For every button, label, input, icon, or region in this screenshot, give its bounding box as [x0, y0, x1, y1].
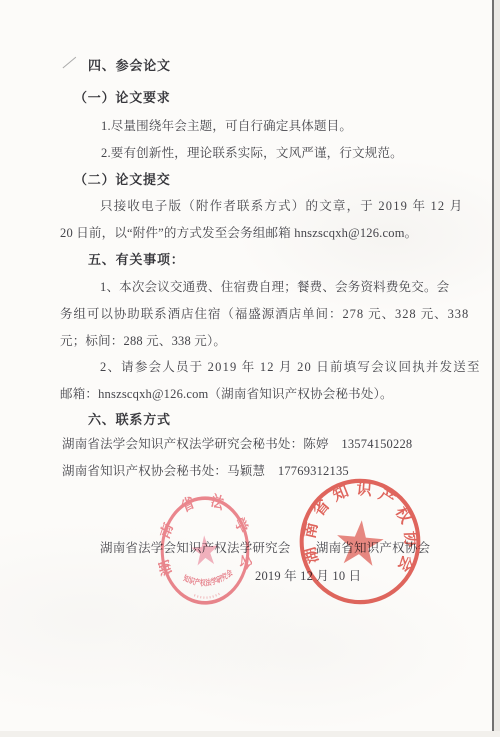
seal-right-arc-text: 湖南省知识产权协会: [297, 476, 423, 576]
seal-left-arc-text: 湖南省法学会: [158, 493, 252, 580]
contact-line-1: 湖南省法学会知识产权法学研究会秘书处：陈婷 13574150228: [62, 437, 412, 452]
scan-artifact-pen-mark: [63, 57, 77, 69]
signature-orgs: 湖南省法学会知识产权法学研究会 湖南省知识产权协会: [100, 541, 430, 556]
matters-line-4: 2、请参会人员于 2019 年 12 月 20 日前填写会议回执并发送至: [100, 360, 481, 375]
svg-text:知识产权法学研究会: 知识产权法学研究会: [182, 567, 235, 590]
paper-requirement-1: 1.尽量围绕年会主题，可自行确定具体题目。: [101, 119, 352, 134]
svg-text:湖南省法学会: 湖南省法学会: [158, 493, 252, 580]
section5-heading: 五、有关事项：: [88, 252, 185, 267]
submission-line-1: 只接收电子版（附作者联系方式）的文章，于 2019 年 12 月: [100, 199, 463, 214]
scan-artifact-edge-line: [492, 0, 494, 737]
scanned-document-page: 四、参会论文 （一）论文要求 1.尽量围绕年会主题，可自行确定具体题目。 2.要…: [0, 0, 500, 737]
contact-line-2: 湖南省知识产权协会秘书处：马颖慧 17769312135: [62, 464, 349, 479]
svg-text:湖南省知识产权协会: 湖南省知识产权协会: [297, 476, 423, 576]
scan-artifact-edge-soft: [494, 0, 500, 737]
section4-2-heading: （二）论文提交: [74, 172, 171, 187]
matters-line-1: 1、本次会议交通费、住宿费自理；餐费、会务资料费免交。会: [100, 280, 449, 295]
section4-heading: 四、参会论文: [88, 58, 171, 73]
scan-artifact-bottom: [0, 731, 500, 737]
section6-heading: 六、联系方式: [88, 412, 171, 427]
section4-1-heading: （一）论文要求: [74, 90, 171, 105]
submission-line-2: 20 日前，以“附件”的方式发至会务组邮箱 hnszscqxh@126.com。: [60, 226, 417, 241]
paper-requirement-2: 2.要有创新性，理论联系实际，文风严谨，行文规范。: [101, 146, 403, 161]
seal-left-band-text: 知识产权法学研究会: [182, 567, 235, 590]
matters-line-3: 元；标间：288 元、338 元）。: [60, 334, 226, 349]
matters-line-5: 邮箱：hnszscqxh@126.com（湖南省知识产权协会秘书处）。: [60, 387, 393, 402]
signature-date: 2019 年 12 月 10 日: [255, 569, 361, 584]
matters-line-2: 务组可以协助联系酒店住宿（福盛源酒店单间：278 元、328 元、338: [60, 307, 469, 322]
seal-left-id-dots: [194, 593, 220, 599]
